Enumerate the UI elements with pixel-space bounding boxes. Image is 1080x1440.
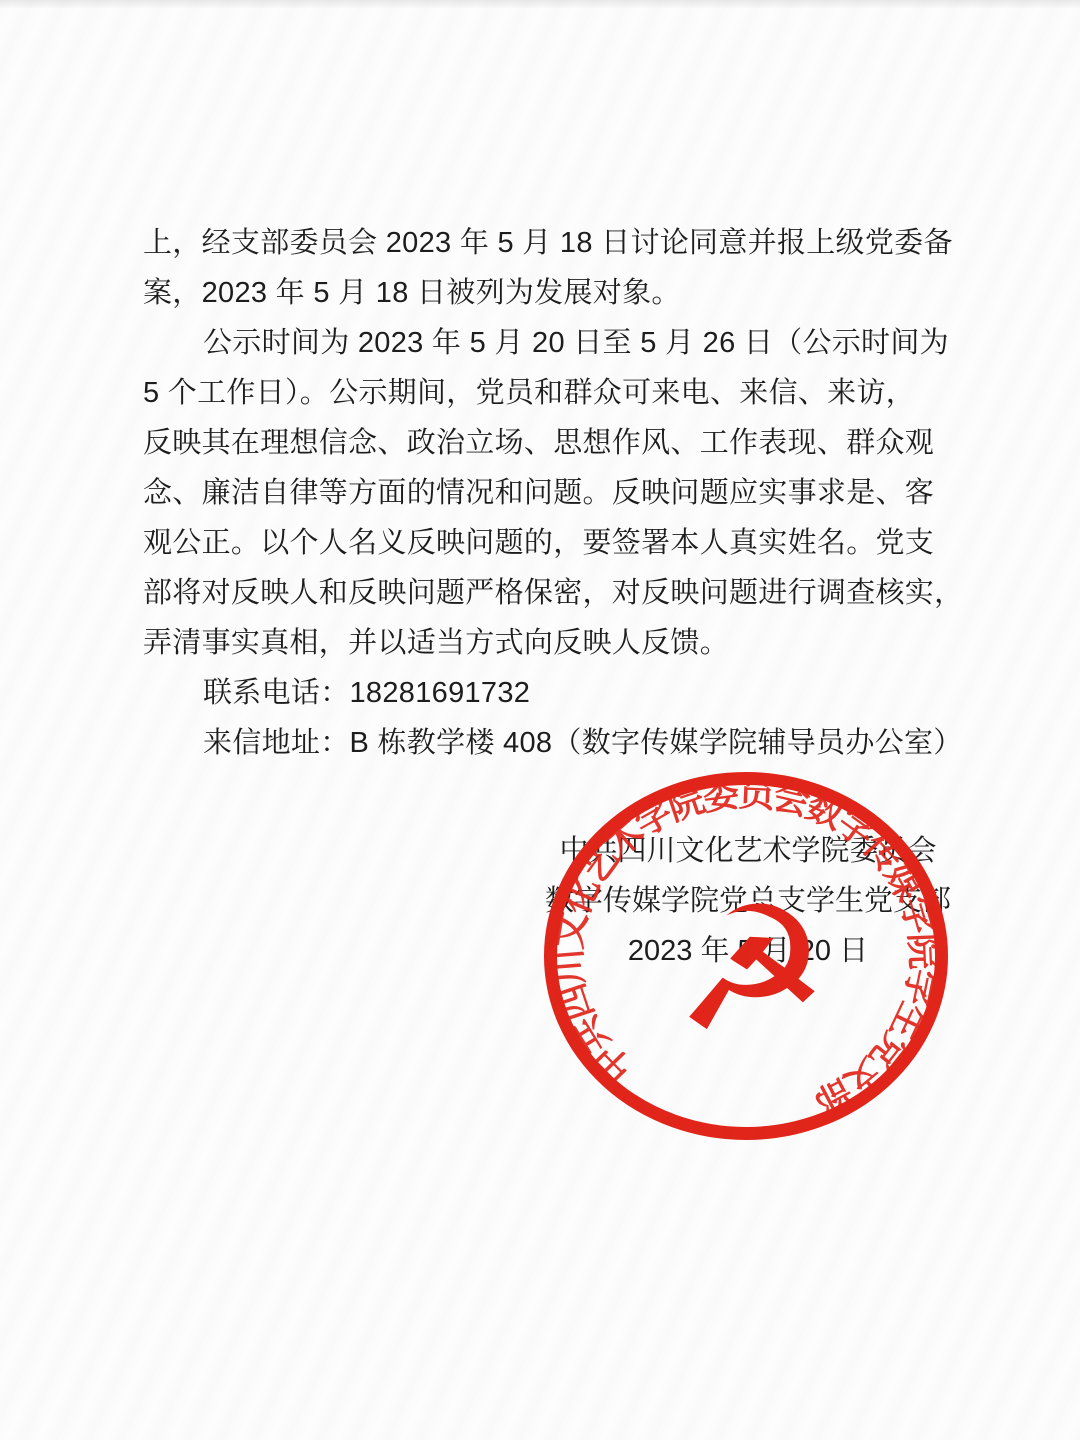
notice-body: 上，经支部委员会 2023 年 5 月 18 日讨论同意并报上级党委备案，202… bbox=[143, 218, 943, 768]
body-line: 5 个工作日）。公示期间，党员和群众可来电、来信、来访， bbox=[143, 368, 943, 418]
body-line: 公示时间为 2023 年 5 月 20 日至 5 月 26 日（公示时间为 bbox=[143, 318, 943, 368]
body-line: 弄清事实真相，并以适当方式向反映人反馈。 bbox=[143, 618, 943, 668]
body-line: 上，经支部委员会 2023 年 5 月 18 日讨论同意并报上级党委备 bbox=[143, 218, 943, 268]
body-line: 联系电话：18281691732 bbox=[143, 668, 943, 718]
scan-edge-shadow bbox=[0, 0, 1080, 8]
body-line: 反映其在理想信念、政治立场、思想作风、工作表现、群众观 bbox=[143, 418, 943, 468]
body-line: 部将对反映人和反映问题严格保密，对反映问题进行调查核实， bbox=[143, 568, 943, 618]
body-line: 念、廉洁自律等方面的情况和问题。反映问题应实事求是、客 bbox=[143, 468, 943, 518]
body-line: 观公正。以个人名义反映问题的，要签署本人真实姓名。党支 bbox=[143, 518, 943, 568]
hammer-sickle-icon: ☭ bbox=[675, 869, 829, 1070]
body-line: 案，2023 年 5 月 18 日被列为发展对象。 bbox=[143, 268, 943, 318]
document-page: 上，经支部委员会 2023 年 5 月 18 日讨论同意并报上级党委备案，202… bbox=[0, 0, 1080, 1440]
official-seal: 中共四川文化艺术学院委员会数字传媒学院学生党支部 ☭ bbox=[526, 746, 966, 1176]
